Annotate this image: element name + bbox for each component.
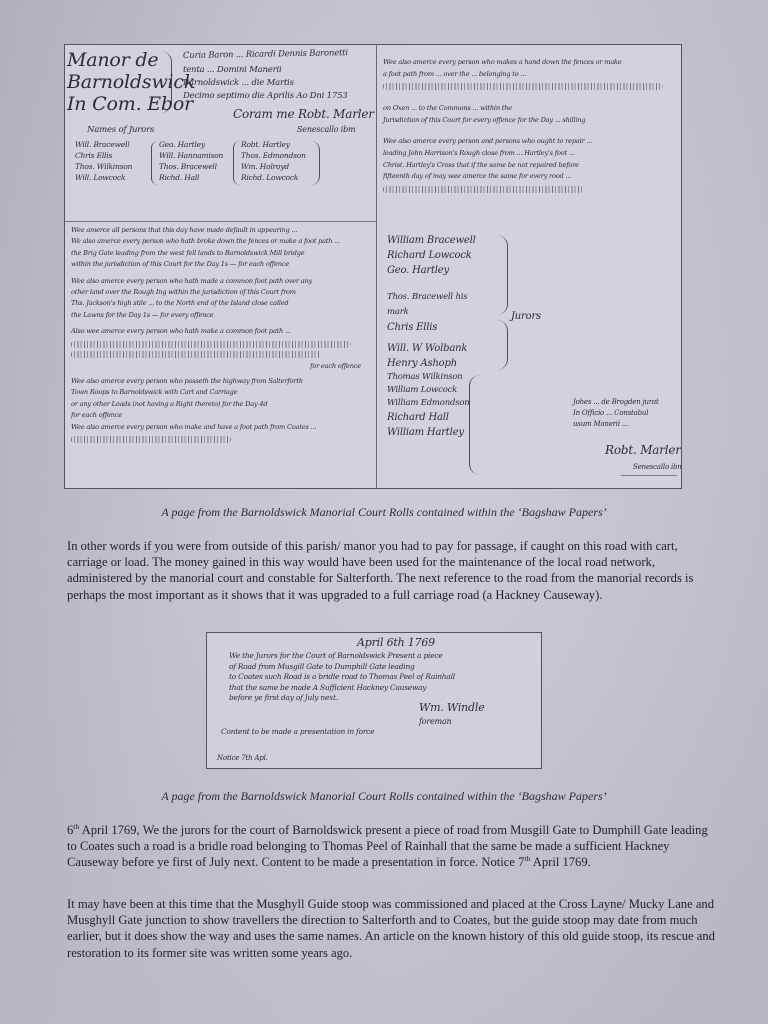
juror-name: Will. Hannamison	[159, 150, 229, 161]
manor-heading-line-1: Manor de	[67, 49, 158, 71]
entry-line: or any other Loads (not having a Right t…	[71, 399, 371, 410]
constable-note: Johes ... de Brogden jurat In Officio ..…	[573, 397, 681, 430]
juror-name: Geo. Hartley	[159, 139, 229, 150]
paragraph-text: April 1769.	[530, 855, 591, 869]
manuscript-line: of Road from Musgill Gate to Dumphill Ga…	[229, 662, 529, 673]
juror-name: Thos. Bracewell	[159, 161, 229, 172]
entry-line: on Oxen ... to the Commons ... within th…	[383, 103, 679, 115]
entry-line: Ths. Jackson's high stile ... to the Nor…	[71, 298, 371, 309]
entry-line: Wee also amerce every person who make an…	[71, 422, 371, 433]
jurors-column-2: Geo. Hartley Will. Hannamison Thos. Brac…	[159, 139, 229, 183]
juror-name: Thos. Edmondson	[241, 150, 311, 161]
entry-line: Wee also amerce every person who hath ma…	[71, 276, 371, 287]
entry-line: Jurisdiction of this Court for every off…	[383, 115, 679, 127]
juror-name: Richd. Lowcock	[241, 172, 311, 183]
entry-line: Wee also amerce every person who makes a…	[383, 57, 679, 69]
entry-line: Wee also amerce every person and persons…	[383, 136, 679, 148]
presentment-text: We the Jurors for the Court of Barnoldsw…	[229, 651, 529, 704]
entry-line: other land over the Rough Ing within the…	[71, 287, 371, 298]
steward-signature: Coram me Robt. Marler	[233, 107, 374, 121]
manuscript-image-court-rolls-1753: Manor de Barnoldswick In Com. Ebor Curia…	[64, 44, 682, 489]
manuscript-date: April 6th 1769	[357, 636, 435, 649]
juror-name: Will. Lowcock	[75, 172, 145, 183]
illegible-handwriting	[71, 351, 321, 358]
amercement-entries-left: Wee amerce all persons that this day hav…	[71, 225, 371, 446]
illegible-handwriting	[71, 436, 231, 443]
juror-name: Will. Bracewell	[75, 139, 145, 150]
entry-line: for each offence	[71, 361, 371, 372]
juror-name: Chris Ellis	[75, 150, 145, 161]
jurors-column-1: Will. Bracewell Chris Ellis Thos. Wilkin…	[75, 139, 145, 183]
jurors-title: Names of Jurors	[87, 125, 154, 135]
body-paragraph-3: It may have been at this time that the M…	[67, 896, 717, 961]
jurors-label: Jurors	[511, 311, 541, 322]
steward-title: Senescallo ibm	[633, 463, 682, 471]
juror-name: Richd. Hall	[159, 172, 229, 183]
jurors-brace	[311, 141, 320, 185]
body-paragraph-2: 6th April 1769, We the jurors for the co…	[67, 822, 717, 871]
entry-line: fifteenth day of may wee amerce the same…	[383, 171, 679, 183]
section-rule	[65, 221, 376, 222]
signatures-brace	[497, 320, 508, 370]
steward-signature: Robt. Marler	[605, 443, 681, 457]
juror-signature: Thos. Bracewell his mark	[387, 290, 487, 320]
illegible-handwriting	[383, 186, 583, 193]
entry-line: Town Roops to Barnoldswick with Cart and…	[71, 387, 371, 398]
steward-title: Senescallo ibm	[297, 125, 355, 134]
juror-name: Wm. Holroyd	[241, 161, 311, 172]
manuscript-line: to Coates such Road is a bridle road to …	[229, 672, 529, 683]
juror-name: Thos. Wilkinson	[75, 161, 145, 172]
manor-heading-line-3: In Com. Ebor	[67, 93, 193, 115]
figure-caption-2: A page from the Barnoldswick Manorial Co…	[0, 789, 768, 804]
entry-line: the Lawns for the Day 1s — for every off…	[71, 310, 371, 321]
entry-line: for each offence	[71, 410, 371, 421]
signatures-brace	[469, 375, 480, 475]
court-header-line: Barnoldswick ... die Martis	[183, 78, 294, 88]
foreman-title: foreman	[419, 717, 451, 726]
entry-line: Christ. Hartley's Cross that if the same…	[383, 160, 679, 172]
entry-line: the Brig Gate leading from the west fell…	[71, 248, 371, 259]
note-line: In Officio ... Constabul	[573, 408, 681, 419]
court-header-line: Decimo septimo die Aprilis Ao Dni 1753	[183, 91, 348, 101]
court-header-line: Curia Baron ... Ricardi Dennis Baronetti	[183, 48, 348, 61]
figure-caption-1: A page from the Barnoldswick Manorial Co…	[0, 505, 768, 520]
manor-heading-line-2: Barnoldswick	[67, 71, 195, 93]
juror-signature: William Bracewell	[387, 233, 487, 248]
entry-line: Wee amerce all persons that this day hav…	[71, 225, 371, 236]
entry-line: leading John Harrison's Rough close from…	[383, 148, 679, 160]
illegible-handwriting	[383, 83, 663, 90]
juror-signature: Will. W Wolbank	[387, 341, 487, 356]
note-line: usum Manerii ...	[573, 419, 681, 430]
juror-signature: Chris Ellis	[387, 320, 487, 335]
foreman-signature: Wm. Windle	[419, 701, 485, 714]
manuscript-notice-line: Notice 7th Apl.	[217, 754, 268, 762]
paragraph-text: April 1769, We the jurors for the court …	[67, 823, 708, 869]
juror-signature: Richard Lowcock	[387, 248, 487, 263]
juror-name: Robt. Hartley	[241, 139, 311, 150]
illegible-handwriting	[71, 341, 351, 348]
signatures-brace	[497, 235, 508, 315]
entry-line: We also amerce every person who hath bro…	[71, 236, 371, 247]
juror-signature: Henry Ashoph	[387, 356, 487, 371]
juror-signature: Geo. Hartley	[387, 263, 487, 278]
column-divider	[376, 45, 377, 488]
entry-line: a foot path from ... over the ... belong…	[383, 69, 679, 81]
jurors-brace	[233, 141, 240, 185]
manuscript-line: We the Jurors for the Court of Barnoldsw…	[229, 651, 529, 662]
manuscript-line: that the same be made A Sufficient Hackn…	[229, 683, 529, 694]
manuscript-content-line: Content to be made a presentation in for…	[221, 727, 374, 736]
note-line: Johes ... de Brogden jurat	[573, 397, 681, 408]
amercement-entries-right: Wee also amerce every person who makes a…	[383, 57, 679, 196]
entry-line: Wee also amerce every person who passeth…	[71, 376, 371, 387]
body-paragraph-1: In other words if you were from outside …	[67, 538, 717, 603]
jurors-column-3: Robt. Hartley Thos. Edmondson Wm. Holroy…	[241, 139, 311, 183]
jurors-brace	[151, 141, 158, 185]
entry-line: Also wee amerce every person who hath ma…	[71, 326, 371, 337]
manuscript-image-presentment-1769: April 6th 1769 We the Jurors for the Cou…	[206, 632, 542, 769]
signature-underline	[621, 475, 677, 476]
entry-line: within the jurisdiction of this Court fo…	[71, 259, 371, 270]
heading-brace	[161, 51, 172, 113]
court-header-line: tenta ... Domini Manerii	[183, 65, 282, 75]
